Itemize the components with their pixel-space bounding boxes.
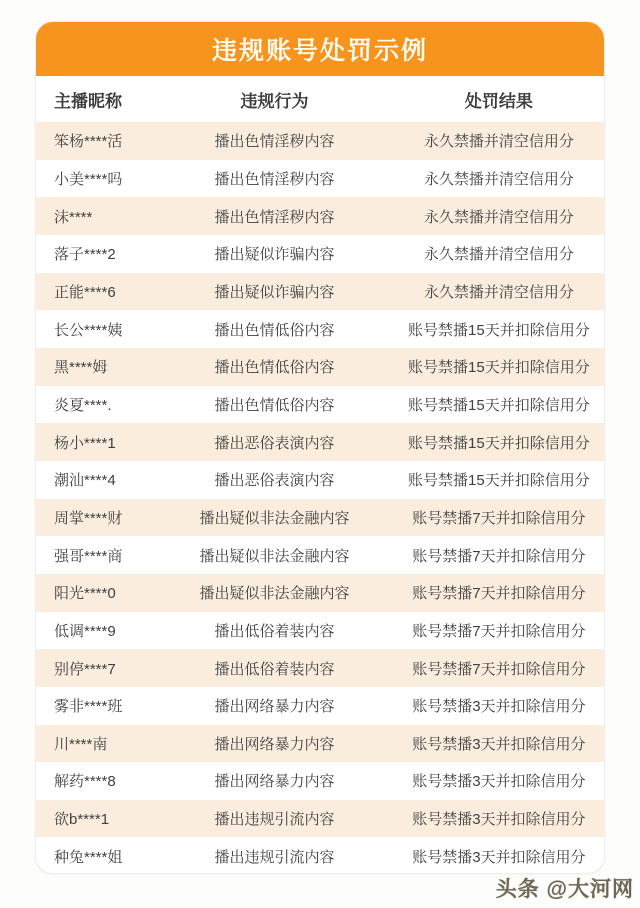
table-row: 雾非****班播出网络暴力内容账号禁播3天并扣除信用分 <box>36 687 604 725</box>
punishment-result-cell: 账号禁播7天并扣除信用分 <box>394 507 604 528</box>
violation-behavior-cell: 播出违规引流内容 <box>155 846 394 867</box>
table-header-row: 主播昵称 违规行为 处罚结果 <box>36 76 604 122</box>
streamer-nickname-cell: 潮汕****4 <box>36 469 155 490</box>
violation-behavior-cell: 播出网络暴力内容 <box>155 695 394 716</box>
streamer-nickname-cell: 雾非****班 <box>36 695 155 716</box>
watermark: 头条 @大河网 <box>496 873 634 903</box>
violation-behavior-cell: 播出疑似非法金融内容 <box>155 507 394 528</box>
streamer-nickname-cell: 别停****7 <box>36 658 155 679</box>
table-row: 别停****7播出低俗着装内容账号禁播7天并扣除信用分 <box>36 649 604 687</box>
table-row: 强哥****商播出疑似非法金融内容账号禁播7天并扣除信用分 <box>36 536 604 574</box>
table-row: 低调****9播出低俗着装内容账号禁播7天并扣除信用分 <box>36 612 604 650</box>
violation-behavior-cell: 播出恶俗表演内容 <box>155 469 394 490</box>
streamer-nickname-cell: 黑****姆 <box>36 356 155 377</box>
table-row: 川****南播出网络暴力内容账号禁播3天并扣除信用分 <box>36 725 604 763</box>
violation-behavior-cell: 播出低俗着装内容 <box>155 620 394 641</box>
punishment-table-card: 违规账号处罚示例 主播昵称 违规行为 处罚结果 笨杨****活播出色情淫秽内容永… <box>35 21 605 874</box>
violation-behavior-cell: 播出疑似非法金融内容 <box>155 582 394 603</box>
streamer-nickname-cell: 欲b****1 <box>36 808 155 829</box>
violation-behavior-cell: 播出色情淫秽内容 <box>155 168 394 189</box>
punishment-result-cell: 永久禁播并清空信用分 <box>394 206 604 227</box>
punishment-result-cell: 永久禁播并清空信用分 <box>394 130 604 151</box>
table-row: 解药****8播出网络暴力内容账号禁播3天并扣除信用分 <box>36 762 604 800</box>
violation-behavior-cell: 播出疑似非法金融内容 <box>155 545 394 566</box>
streamer-nickname-cell: 川****南 <box>36 733 155 754</box>
punishment-result-cell: 账号禁播15天并扣除信用分 <box>394 432 604 453</box>
violation-behavior-cell: 播出网络暴力内容 <box>155 733 394 754</box>
streamer-nickname-cell: 小美****吗 <box>36 168 155 189</box>
punishment-result-cell: 账号禁播3天并扣除信用分 <box>394 695 604 716</box>
table-title-banner: 违规账号处罚示例 <box>36 22 604 76</box>
violation-behavior-cell: 播出色情低俗内容 <box>155 356 394 377</box>
punishment-result-cell: 账号禁播7天并扣除信用分 <box>394 545 604 566</box>
punishment-result-cell: 账号禁播3天并扣除信用分 <box>394 770 604 791</box>
table-row: 欲b****1播出违规引流内容账号禁播3天并扣除信用分 <box>36 800 604 838</box>
streamer-nickname-cell: 笨杨****活 <box>36 130 155 151</box>
violation-behavior-cell: 播出疑似诈骗内容 <box>155 243 394 264</box>
punishment-result-cell: 账号禁播15天并扣除信用分 <box>394 319 604 340</box>
violation-behavior-cell: 播出色情淫秽内容 <box>155 206 394 227</box>
table-row: 炎夏****.播出色情低俗内容账号禁播15天并扣除信用分 <box>36 386 604 424</box>
column-header-violation: 违规行为 <box>155 87 394 112</box>
violation-behavior-cell: 播出疑似诈骗内容 <box>155 281 394 302</box>
punishment-result-cell: 账号禁播7天并扣除信用分 <box>394 582 604 603</box>
punishment-result-cell: 账号禁播15天并扣除信用分 <box>394 394 604 415</box>
table-row: 潮汕****4播出恶俗表演内容账号禁播15天并扣除信用分 <box>36 461 604 499</box>
punishment-result-cell: 账号禁播3天并扣除信用分 <box>394 733 604 754</box>
table-row: 周掌****财播出疑似非法金融内容账号禁播7天并扣除信用分 <box>36 499 604 537</box>
punishment-result-cell: 永久禁播并清空信用分 <box>394 243 604 264</box>
table-title: 违规账号处罚示例 <box>212 31 428 67</box>
punishment-result-cell: 账号禁播3天并扣除信用分 <box>394 808 604 829</box>
punishment-result-cell: 账号禁播15天并扣除信用分 <box>394 356 604 377</box>
streamer-nickname-cell: 阳光****0 <box>36 582 155 603</box>
violation-behavior-cell: 播出低俗着装内容 <box>155 658 394 679</box>
column-header-punishment: 处罚结果 <box>394 87 604 112</box>
column-header-nickname: 主播昵称 <box>36 87 155 112</box>
violation-behavior-cell: 播出违规引流内容 <box>155 808 394 829</box>
streamer-nickname-cell: 长公****姨 <box>36 319 155 340</box>
table-body: 笨杨****活播出色情淫秽内容永久禁播并清空信用分小美****吗播出色情淫秽内容… <box>36 122 604 874</box>
streamer-nickname-cell: 杨小****1 <box>36 432 155 453</box>
punishment-result-cell: 账号禁播7天并扣除信用分 <box>394 658 604 679</box>
table-row: 笨杨****活播出色情淫秽内容永久禁播并清空信用分 <box>36 122 604 160</box>
table-row: 小美****吗播出色情淫秽内容永久禁播并清空信用分 <box>36 160 604 198</box>
streamer-nickname-cell: 沫**** <box>36 206 155 227</box>
table-row: 沫****播出色情淫秽内容永久禁播并清空信用分 <box>36 197 604 235</box>
streamer-nickname-cell: 强哥****商 <box>36 545 155 566</box>
punishment-result-cell: 账号禁播3天并扣除信用分 <box>394 846 604 867</box>
streamer-nickname-cell: 低调****9 <box>36 620 155 641</box>
violation-behavior-cell: 播出色情低俗内容 <box>155 394 394 415</box>
streamer-nickname-cell: 周掌****财 <box>36 507 155 528</box>
violation-behavior-cell: 播出色情淫秽内容 <box>155 130 394 151</box>
table-row: 长公****姨播出色情低俗内容账号禁播15天并扣除信用分 <box>36 310 604 348</box>
violation-behavior-cell: 播出恶俗表演内容 <box>155 432 394 453</box>
streamer-nickname-cell: 种兔****姐 <box>36 846 155 867</box>
violation-behavior-cell: 播出网络暴力内容 <box>155 770 394 791</box>
streamer-nickname-cell: 解药****8 <box>36 770 155 791</box>
streamer-nickname-cell: 炎夏****. <box>36 394 155 415</box>
table-row: 正能****6播出疑似诈骗内容永久禁播并清空信用分 <box>36 273 604 311</box>
punishment-result-cell: 永久禁播并清空信用分 <box>394 168 604 189</box>
punishment-result-cell: 永久禁播并清空信用分 <box>394 281 604 302</box>
punishment-result-cell: 账号禁播15天并扣除信用分 <box>394 469 604 490</box>
table-row: 落子****2播出疑似诈骗内容永久禁播并清空信用分 <box>36 235 604 273</box>
violation-behavior-cell: 播出色情低俗内容 <box>155 319 394 340</box>
table-row: 种兔****姐播出违规引流内容账号禁播3天并扣除信用分 <box>36 837 604 874</box>
table-row: 阳光****0播出疑似非法金融内容账号禁播7天并扣除信用分 <box>36 574 604 612</box>
streamer-nickname-cell: 正能****6 <box>36 281 155 302</box>
punishment-result-cell: 账号禁播7天并扣除信用分 <box>394 620 604 641</box>
table-row: 杨小****1播出恶俗表演内容账号禁播15天并扣除信用分 <box>36 423 604 461</box>
streamer-nickname-cell: 落子****2 <box>36 243 155 264</box>
table-row: 黑****姆播出色情低俗内容账号禁播15天并扣除信用分 <box>36 348 604 386</box>
